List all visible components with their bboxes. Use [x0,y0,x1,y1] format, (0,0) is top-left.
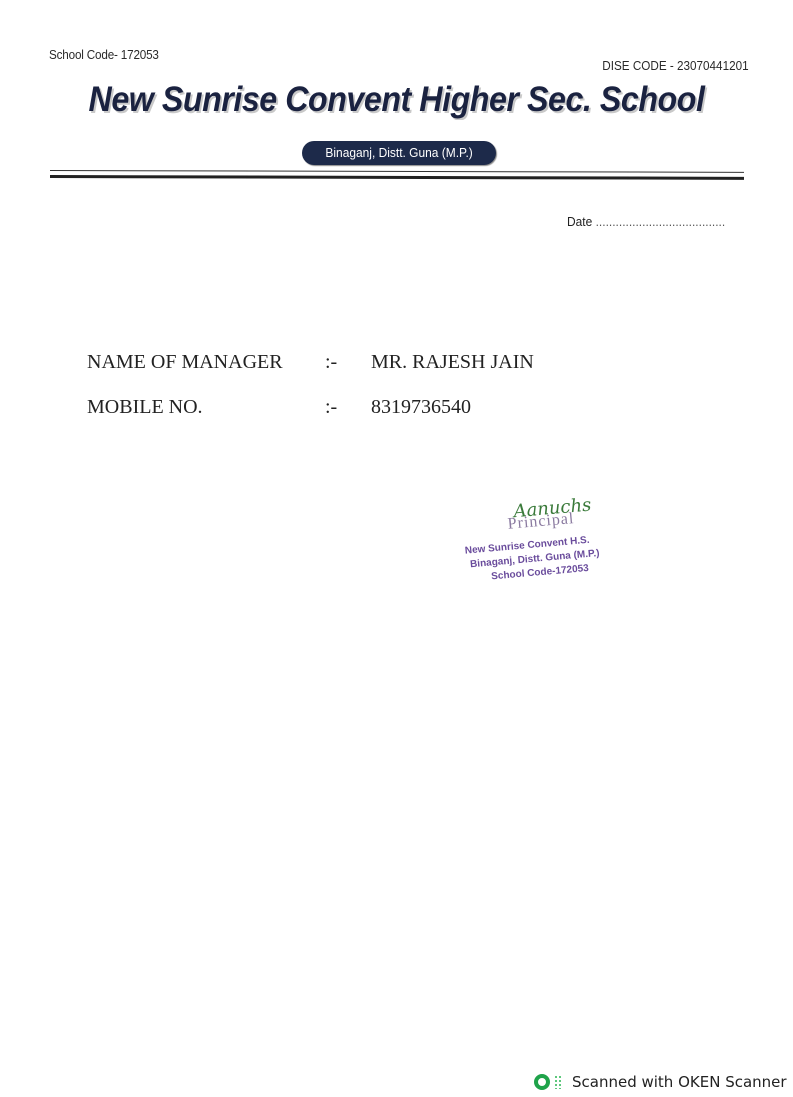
date-line: Date ...................................… [567,214,725,229]
header-rule-thin [50,170,744,173]
date-label: Date [567,214,592,229]
school-name-heading: New Sunrise Convent Higher Sec. School [32,80,762,120]
manager-name-value: MR. RAJESH JAIN [371,351,534,374]
principal-stamp: Aanuchs Principal New Sunrise Convent H.… [451,490,654,607]
scanner-watermark: Scanned with OKEN Scanner [534,1072,787,1092]
address-badge: Binaganj, Distt. Guna (M.P.) [302,141,496,165]
header-rule-thick [50,175,744,180]
scanner-watermark-text: Scanned with OKEN Scanner [572,1073,787,1091]
mobile-label: MOBILE NO. [87,396,203,419]
mobile-value: 8319736540 [371,396,471,419]
school-code: School Code- 172053 [49,47,159,62]
address-text: Binaganj, Distt. Guna (M.P.) [325,141,472,165]
dise-code: DISE CODE - 23070441201 [603,58,749,73]
manager-name-label: NAME OF MANAGER [87,351,283,374]
mobile-separator: :- [325,396,337,419]
oken-scanner-dots-icon [554,1075,562,1089]
date-blank: ....................................... [596,214,726,229]
manager-name-separator: :- [325,351,337,374]
oken-scanner-logo-icon [534,1074,550,1090]
